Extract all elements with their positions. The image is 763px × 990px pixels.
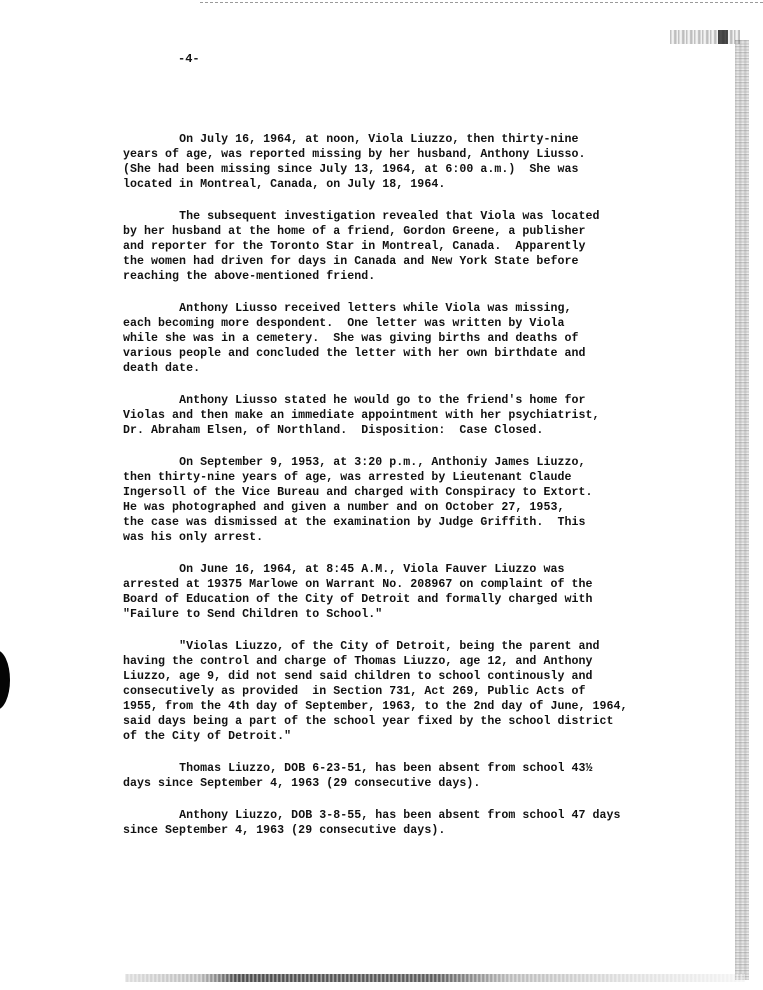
scan-right-edge-noise: [735, 40, 749, 980]
punch-hole-mark: [0, 650, 10, 710]
document-body: On July 16, 1964, at noon, Viola Liuzzo,…: [123, 132, 663, 855]
paragraph-arrest-1964: On June 16, 1964, at 8:45 A.M., Viola Fa…: [123, 562, 663, 622]
paragraph-anthony-absence: Anthony Liuzzo, DOB 3-8-55, has been abs…: [123, 808, 663, 838]
paragraph-complaint-quote: "Violas Liuzzo, of the City of Detroit, …: [123, 639, 663, 744]
paragraph-disposition: Anthony Liusso stated he would go to the…: [123, 393, 663, 438]
paragraph-letters: Anthony Liusso received letters while Vi…: [123, 301, 663, 376]
paragraph-investigation: The subsequent investigation revealed th…: [123, 209, 663, 284]
page-number: -4-: [178, 52, 200, 66]
scan-edge-dotted-line: [200, 2, 763, 3]
paragraph-missing-report: On July 16, 1964, at noon, Viola Liuzzo,…: [123, 132, 663, 192]
paragraph-arrest-1953: On September 9, 1953, at 3:20 p.m., Anth…: [123, 455, 663, 545]
scan-bottom-edge-noise: [125, 974, 745, 982]
scan-blot: [718, 30, 728, 44]
scan-corner-artifact: [670, 30, 740, 44]
paragraph-thomas-absence: Thomas Liuzzo, DOB 6-23-51, has been abs…: [123, 761, 663, 791]
